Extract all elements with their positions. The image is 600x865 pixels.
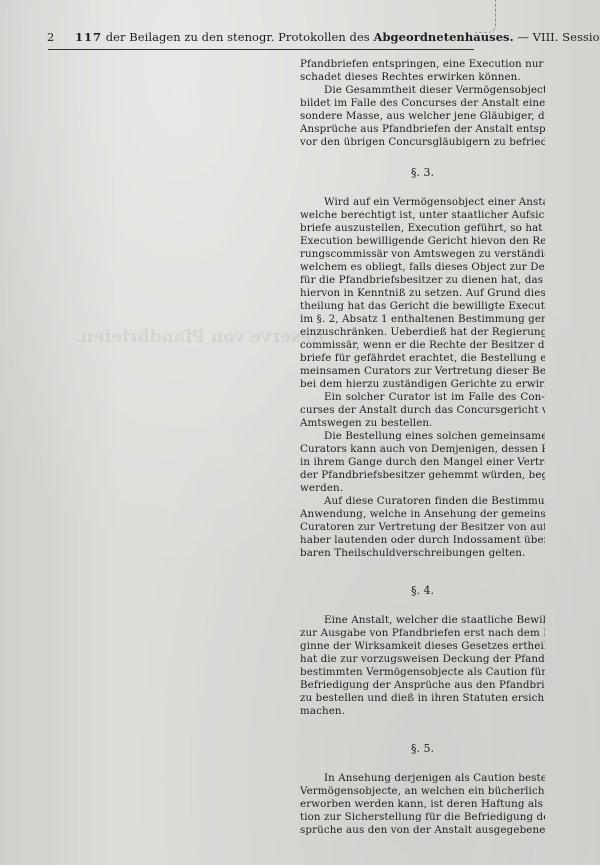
text-line: baren Theilschuldverschreibungen gelten. [300,547,545,560]
text-line: der Pfandbriefsbesitzer gehemmt würden, … [300,469,545,482]
text-line: Befriedigung der Ansprüche aus den Pfand… [300,679,545,692]
section-heading: §. 4. [300,584,545,597]
paragraph: Die Bestellung eines solchen gemeinsamen… [300,430,545,495]
text-line: Curators kann auch von Demjenigen, desse… [300,443,545,456]
text-line: theilung hat das Gericht die bewilligte … [300,300,545,313]
text-line: hiervon in Kenntniß zu setzen. Auf Grund… [300,287,545,300]
page-number: 2 [47,30,54,44]
header-pre-text: der Beilagen zu den stenogr. Protokollen… [106,30,370,44]
text-line: In Ansehung derjenigen als Caution beste… [300,772,545,785]
page-crease [475,0,496,33]
text-line: Execution bewilligende Gericht hievon de… [300,235,545,248]
text-line: Auf diese Curatoren finden die Bestimmun… [300,495,545,508]
text-line: curses der Anstalt durch das Concursgeri… [300,404,545,417]
text-line: Vermögensobjecte, an welchen ein bücherl… [300,785,545,798]
text-line: commissär, wenn er die Rechte der Besitz… [300,339,545,352]
text-line: bildet im Falle des Concurses der Anstal… [300,97,545,110]
text-line: machen. [300,705,545,718]
text-line: Ein solcher Curator ist im Falle des Con… [300,391,545,404]
text-line: zur Ausgabe von Pfandbriefen erst nach d… [300,627,545,640]
text-line: Wird auf ein Vermögensobject einer Ansta… [300,196,545,209]
section-heading: §. 3. [300,166,545,179]
text-line: Ansprüche aus Pfandbriefen der Anstalt e… [300,123,545,136]
text-line: hat die zur vorzugsweisen Deckung der Pf… [300,653,545,666]
paragraph: Eine Anstalt, welcher die staatliche Bew… [300,614,545,718]
header-rule [48,49,474,50]
header-bold-text: Abgeordnetenhauses. [373,30,513,44]
text-line: welchem es obliegt, falls dieses Object … [300,261,545,274]
text-line: sondere Masse, aus welcher jene Gläubige… [300,110,545,123]
text-line: zu bestellen und dieß in ihren Statuten … [300,692,545,705]
text-line: Pfandbriefen entspringen, eine Execution… [300,58,545,71]
text-line: im §. 2, Absatz 1 enthaltenen Bestimmung… [300,313,545,326]
text-line: bei dem hierzu zuständigen Gerichte zu e… [300,378,545,391]
text-line: ginne der Wirksamkeit dieses Gesetzes er… [300,640,545,653]
text-line: haber lautenden oder durch Indossament ü… [300,534,545,547]
paragraph: In Ansehung derjenigen als Caution beste… [300,772,545,837]
text-line: Die Bestellung eines solchen gemeinsamen [300,430,545,443]
paragraph: Auf diese Curatoren finden die Bestimmun… [300,495,545,560]
text-line: welche berechtigt ist, unter staatlicher… [300,209,545,222]
issue-number: 117 [75,30,102,44]
text-line: schadet dieses Rechtes erwirken können. [300,71,545,84]
text-line: werden. [300,482,545,495]
text-line: briefe für gefährdet erachtet, die Beste… [300,352,545,365]
text-line: vor den übrigen Concursgläubigern zu bef… [300,136,545,149]
body-column: Pfandbriefen entspringen, eine Execution… [300,58,545,837]
section-heading: §. 5. [300,742,545,755]
header-title: 117 der Beilagen zu den stenogr. Protoko… [75,30,600,44]
text-line: für die Pfandbriefsbesitzer zu dienen ha… [300,274,545,287]
paragraph: Die Gesammtheit dieser Vermögensobjecteb… [300,84,545,149]
text-line: Die Gesammtheit dieser Vermögensobjecte [300,84,545,97]
text-line: erworben werden kann, ist deren Haftung … [300,798,545,811]
text-line: Curatoren zur Vertretung der Besitzer vo… [300,521,545,534]
text-line: bestimmten Vermögensobjecte als Caution … [300,666,545,679]
text-line: sprüche aus den von der Anstalt ausgegeb… [300,824,545,837]
text-line: tion zur Sicherstellung für die Befriedi… [300,811,545,824]
paragraph: Pfandbriefen entspringen, eine Execution… [300,58,545,84]
text-line: Amtswegen zu bestellen. [300,417,545,430]
header-post-text: — VIII. Session. [517,30,600,44]
text-line: in ihrem Gange durch den Mangel einer Ve… [300,456,545,469]
bleed-through-text: Reserve von Pfandbriefen. [75,327,325,347]
text-line: Eine Anstalt, welcher die staatliche Bew… [300,614,545,627]
document-page: 2 117 der Beilagen zu den stenogr. Proto… [0,0,600,865]
text-line: rungscommissär von Amtswegen zu verständ… [300,248,545,261]
text-line: meinsamen Curators zur Vertretung dieser… [300,365,545,378]
text-line: Anwendung, welche in Ansehung der gemein… [300,508,545,521]
text-line: einzuschränken. Ueberdieß hat der Regier… [300,326,545,339]
paragraph: Ein solcher Curator ist im Falle des Con… [300,391,545,430]
paragraph: Wird auf ein Vermögensobject einer Ansta… [300,196,545,391]
text-line: briefe auszustellen, Execution geführt, … [300,222,545,235]
